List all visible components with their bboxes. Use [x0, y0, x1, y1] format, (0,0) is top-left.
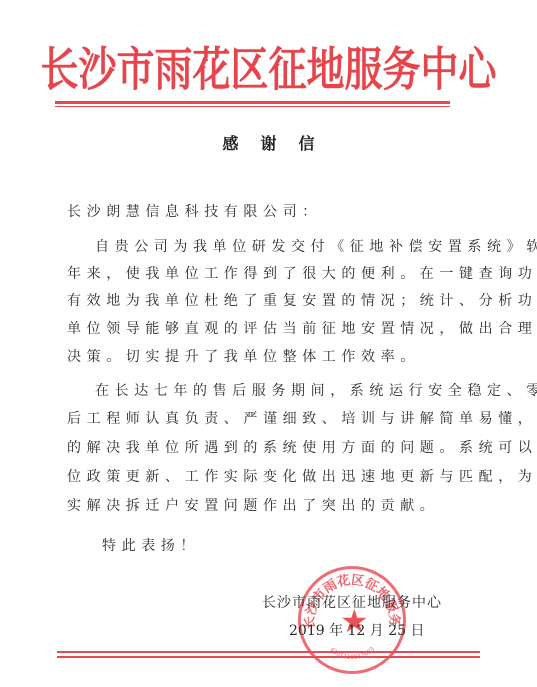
- footer-rule-bottom: [57, 656, 480, 658]
- paragraph-line: 有效地为我单位杜绝了重复安置的情况；统计、分析功能，使我: [67, 290, 537, 310]
- letterhead-rule-bottom: [55, 106, 450, 107]
- signature-organization: 长沙市雨花区征地服务中心: [262, 592, 442, 612]
- letter-title: 感谢信: [0, 131, 537, 154]
- paragraph-line: 实解决拆迁户安置问题作出了突出的贡献。: [67, 495, 439, 515]
- signature-date: 2019 年 12 月 25 日: [289, 620, 425, 640]
- letterhead-rule-top: [55, 101, 450, 104]
- paragraph-line: 的解决我单位所遇到的系统使用方面的问题。系统可以随着我单: [67, 437, 537, 457]
- paragraph-line: 位政策更新、工作实际变化做出迅速地更新与匹配，为我单位切: [67, 466, 537, 486]
- footer-rule-top: [57, 651, 480, 653]
- paragraph-line: 决策。切实提升了我单位整体工作效率。: [67, 346, 420, 366]
- paragraph-line: 在长达七年的售后服务期间，系统运行安全稳定、零事故，售: [95, 380, 537, 400]
- svg-text:4301110017633: 4301110017633: [328, 646, 376, 661]
- paragraph-line: 年来，使我单位工作得到了很大的便利。在一键查询功能使用下，: [67, 263, 537, 283]
- paragraph-line: 后工程师认真负责、严谨细致、培训与讲解简单易懂，能够及时: [67, 408, 537, 428]
- paragraph-line: 自贵公司为我单位研发交付《征地补偿安置系统》软件平台七: [95, 236, 537, 256]
- salutation: 长沙朗慧信息科技有限公司：: [67, 201, 322, 221]
- letterhead-title: 长沙市雨花区征地服务中心: [0, 32, 537, 99]
- paragraph-line: 单位领导能够直观的评估当前征地安置情况，做出合理的部署与: [67, 318, 537, 338]
- closing: 特此表扬！: [102, 535, 200, 555]
